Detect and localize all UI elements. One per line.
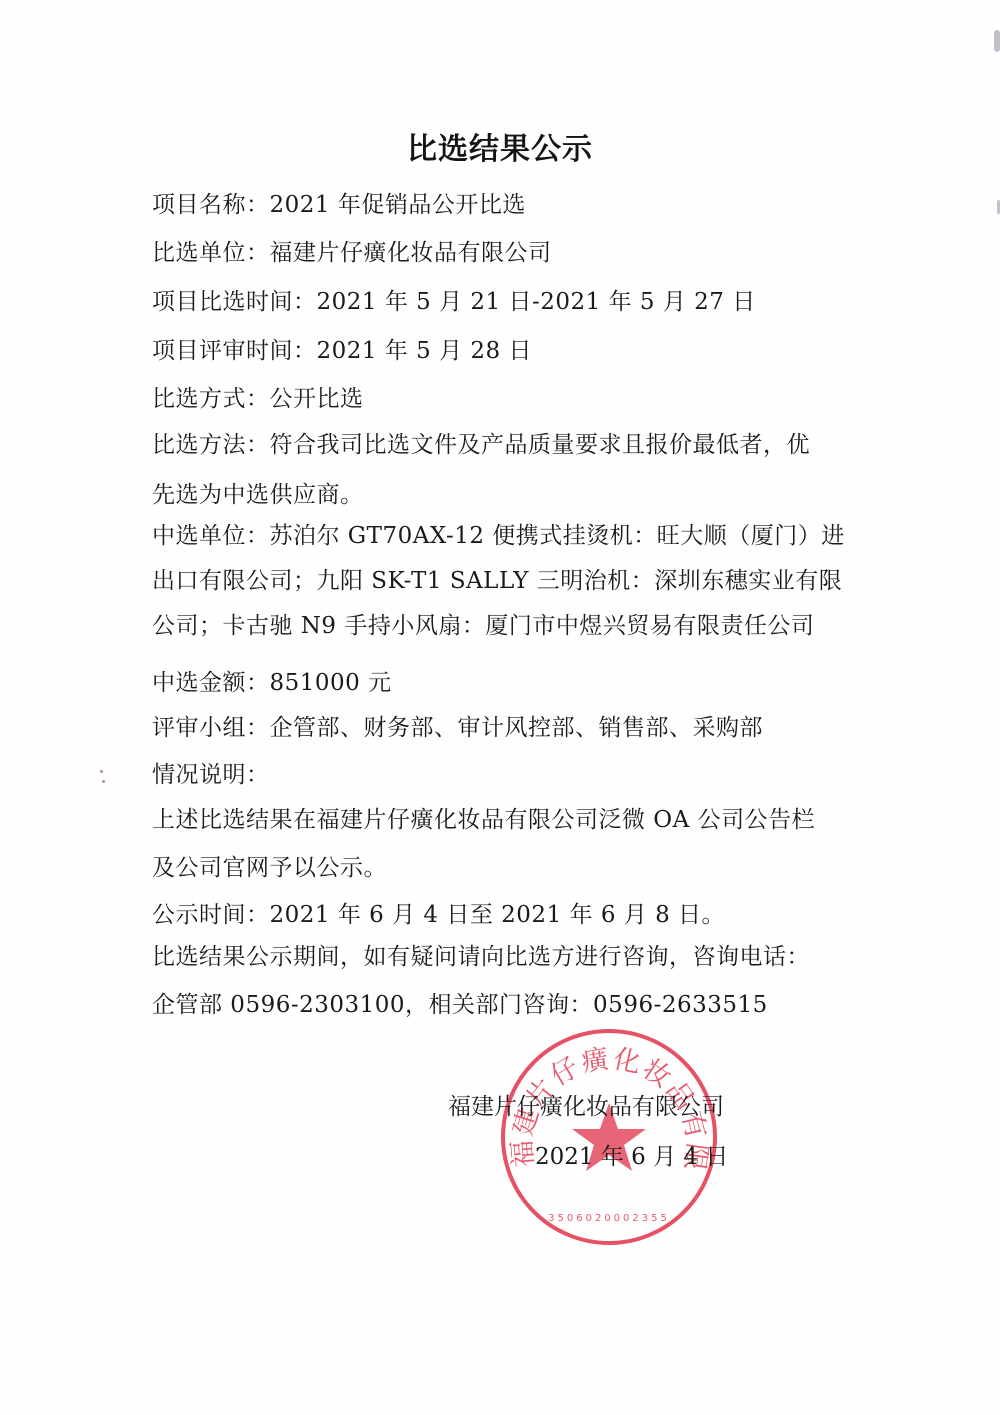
field-label: 项目评审时间： bbox=[152, 338, 317, 364]
winners-label: 中选单位： bbox=[152, 523, 270, 549]
field-value: 福建片仔癀化妆品有限公司 bbox=[270, 240, 552, 266]
field-selection-period: 项目比选时间：2021 年 5 月 21 日-2021 年 5 月 27 日 bbox=[152, 287, 756, 317]
scan-mark bbox=[994, 30, 1000, 52]
field-value: 851000 元 bbox=[270, 670, 392, 696]
field-project-name: 项目名称：2021 年促销品公开比选 bbox=[152, 190, 526, 220]
field-value: 企管部、财务部、审计风控部、销售部、采购部 bbox=[270, 715, 764, 741]
method-line-1: 比选方法：符合我司比选文件及产品质量要求且报价最低者，优 bbox=[152, 430, 810, 460]
contact-line-2: 企管部 0596-2303100，相关部门咨询：0596-2633515 bbox=[152, 990, 768, 1020]
field-value: 2021 年促销品公开比选 bbox=[270, 192, 526, 218]
field-label: 项目名称： bbox=[152, 192, 270, 218]
notes-line-2: 及公司官网予以公示。 bbox=[152, 853, 387, 883]
field-value: 2021 年 5 月 21 日-2021 年 5 月 27 日 bbox=[317, 289, 756, 315]
contact-line-1: 比选结果公示期间，如有疑问请向比选方进行咨询，咨询电话： bbox=[152, 942, 810, 972]
field-label: 中选金额： bbox=[152, 670, 270, 696]
field-review-date: 项目评审时间：2021 年 5 月 28 日 bbox=[152, 336, 532, 366]
field-label: 比选方式： bbox=[152, 386, 270, 412]
field-label: 公示时间： bbox=[152, 902, 270, 928]
scan-speck bbox=[102, 780, 105, 783]
seal-serial: 3506020002355 bbox=[548, 1213, 670, 1224]
method-label: 比选方法： bbox=[152, 432, 270, 458]
scan-speck bbox=[100, 770, 103, 773]
notes-line-1: 上述比选结果在福建片仔癀化妆品有限公司泛微 OA 公司公告栏 bbox=[152, 805, 815, 835]
field-label: 项目比选时间： bbox=[152, 289, 317, 315]
signature-date: 2021 年 6 月 4 日 bbox=[535, 1138, 728, 1171]
field-label: 比选单位： bbox=[152, 240, 270, 266]
notes-label: 情况说明： bbox=[152, 760, 270, 790]
field-selection-mode: 比选方式：公开比选 bbox=[152, 384, 364, 414]
winners-line-2: 出口有限公司；九阳 SK-T1 SALLY 三明治机：深圳东穗实业有限 bbox=[152, 566, 842, 596]
method-line-2: 先选为中选供应商。 bbox=[152, 480, 364, 510]
field-review-panel: 评审小组：企管部、财务部、审计风控部、销售部、采购部 bbox=[152, 713, 763, 743]
winners-text: 苏泊尔 GT70AX-12 便携式挂烫机：旺大顺（厦门）进 bbox=[270, 523, 845, 549]
winners-line-3: 公司；卡古驰 N9 手持小风扇：厦门市中煜兴贸易有限责任公司 bbox=[152, 611, 814, 641]
field-value: 2021 年 6 月 4 日至 2021 年 6 月 8 日。 bbox=[270, 902, 726, 928]
document-page: 比选结果公示 项目名称：2021 年促销品公开比选 比选单位：福建片仔癀化妆品有… bbox=[0, 0, 1000, 1415]
field-amount: 中选金额：851000 元 bbox=[152, 668, 392, 698]
signature-company: 福建片仔癀化妆品有限公司 bbox=[448, 1088, 724, 1121]
field-value: 公开比选 bbox=[270, 386, 364, 412]
method-text: 符合我司比选文件及产品质量要求且报价最低者，优 bbox=[270, 432, 811, 458]
field-value: 2021 年 5 月 28 日 bbox=[317, 338, 533, 364]
winners-line-1: 中选单位：苏泊尔 GT70AX-12 便携式挂烫机：旺大顺（厦门）进 bbox=[152, 521, 845, 551]
page-title: 比选结果公示 bbox=[0, 124, 1000, 168]
field-label: 评审小组： bbox=[152, 715, 270, 741]
field-publicity-period: 公示时间：2021 年 6 月 4 日至 2021 年 6 月 8 日。 bbox=[152, 900, 725, 930]
field-selection-unit: 比选单位：福建片仔癀化妆品有限公司 bbox=[152, 238, 552, 268]
